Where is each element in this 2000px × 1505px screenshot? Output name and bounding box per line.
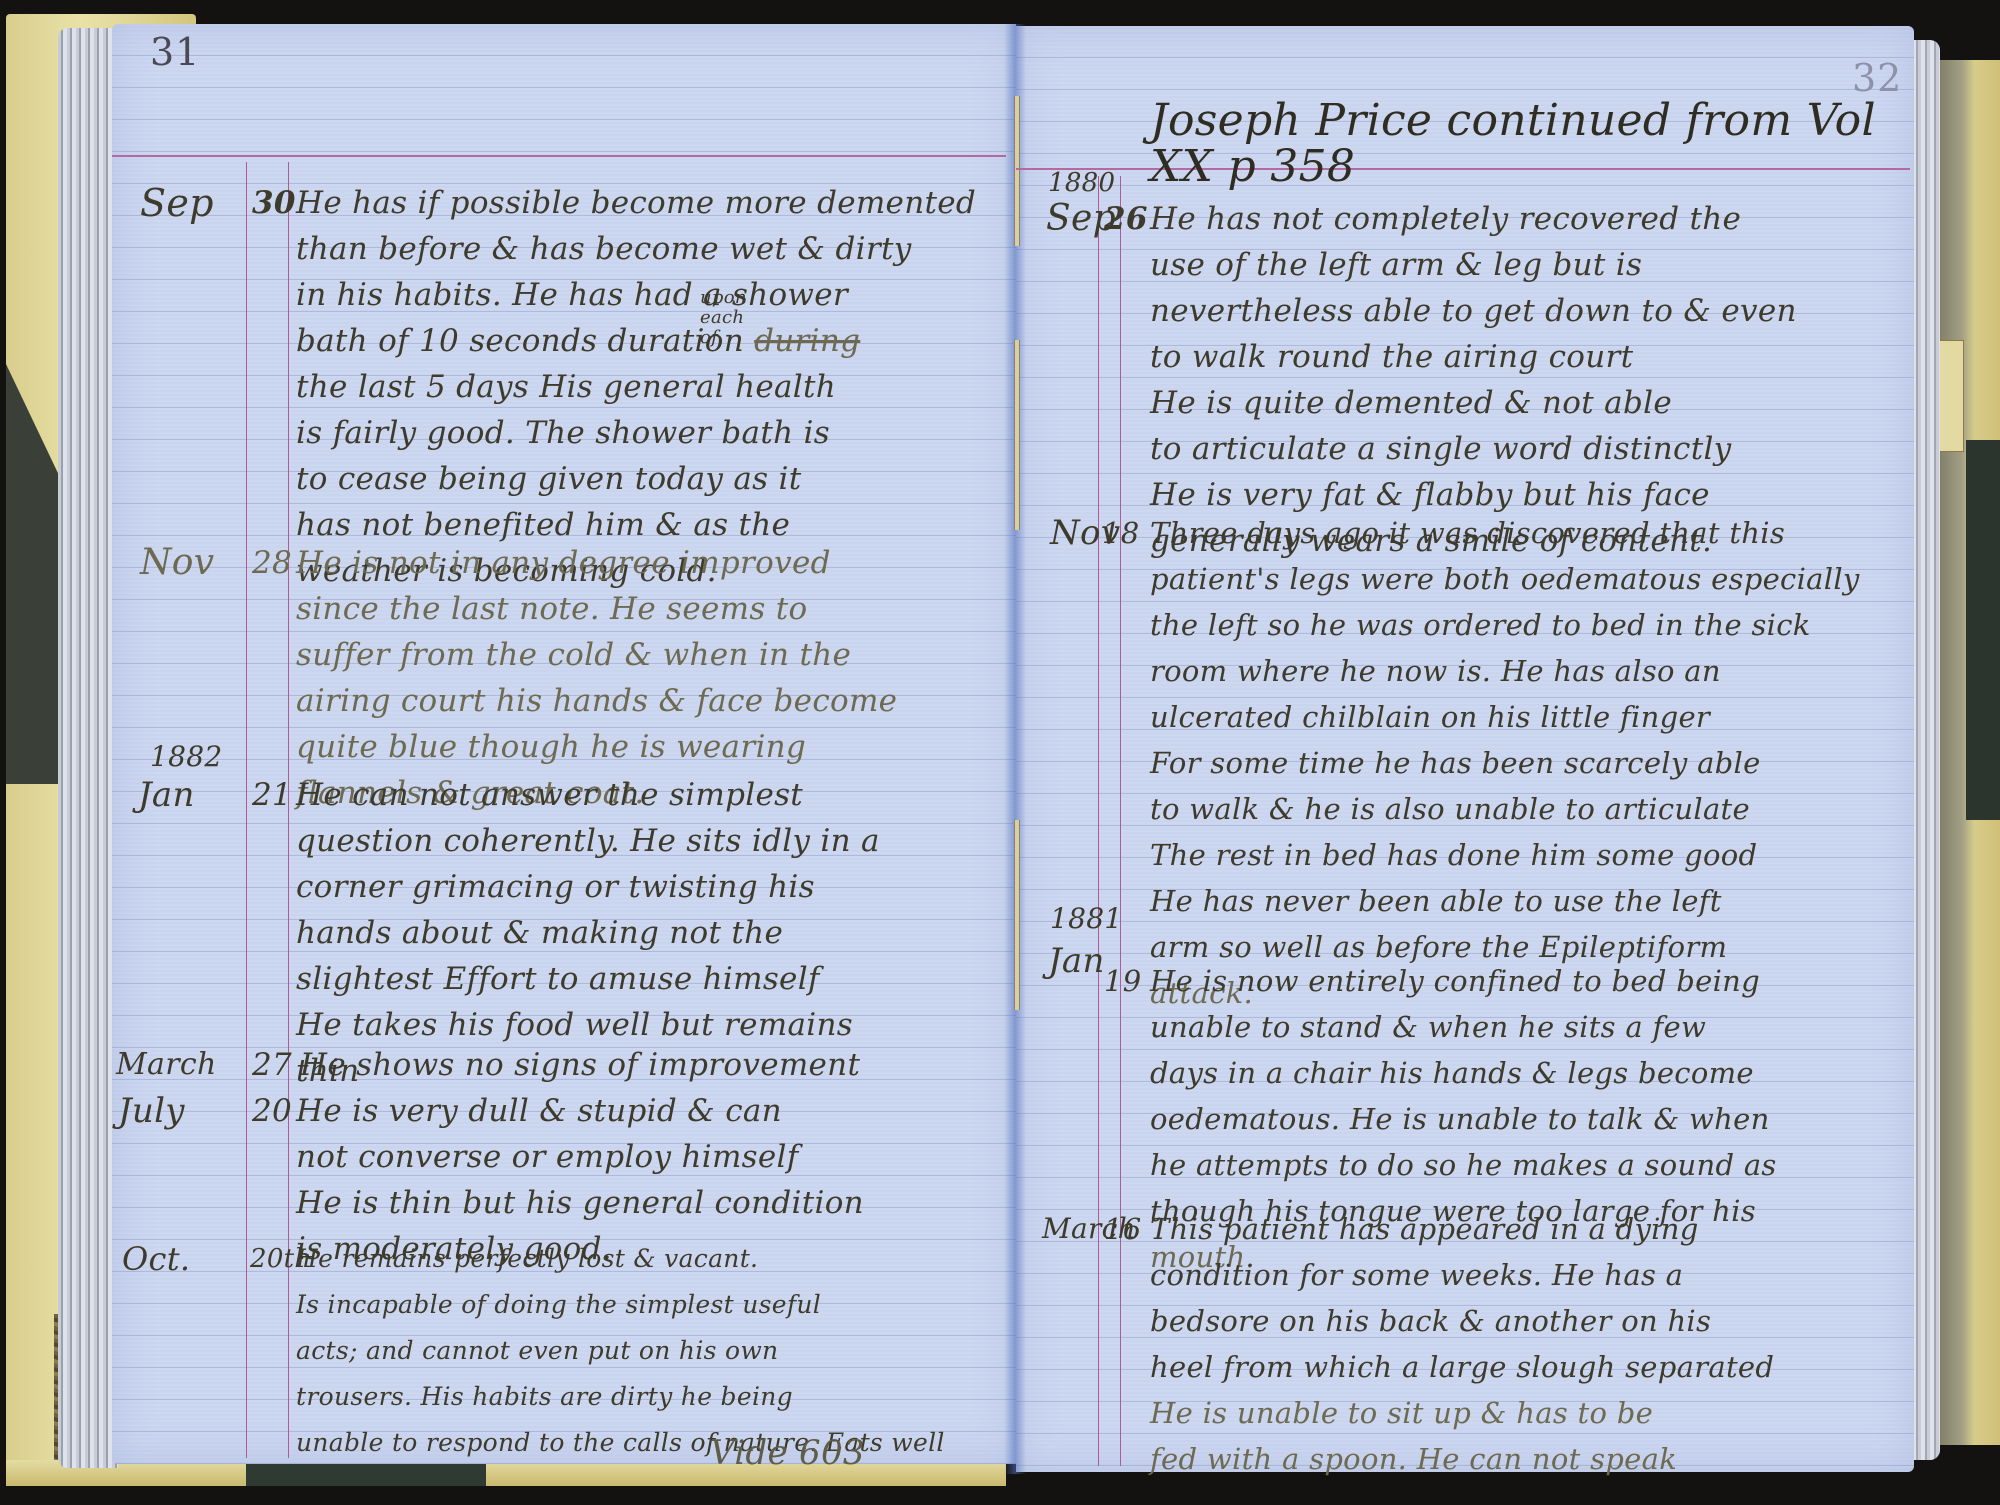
entry-body: This patient has appeared in a dying con… [1150,1206,1774,1482]
entry-line: use of the left arm & leg but is [1150,242,1797,288]
entry-line: in his habits. He has had a shower [296,272,976,318]
entry-line: For some time he has been scarcely able [1150,740,1860,786]
entry-line: acts; and cannot even put on his own [296,1328,945,1374]
page-tab-marker [1936,340,1964,452]
entry-month: Nov [140,540,250,586]
entry-day: 18 [1102,510,1152,556]
entry-year: 1881 [1050,896,1122,942]
entry-month: Oct. [122,1236,232,1282]
entry-line: He has if possible become more demented [296,180,976,226]
entry-line: nevertheless able to get down to & even [1150,288,1797,334]
entry-line: since the last note. He seems to [296,586,897,632]
page-number-left: 31 [150,30,200,74]
entry-line: condition for some weeks. He has a [1150,1252,1774,1298]
entry-line: patient's legs were both oedematous espe… [1150,556,1860,602]
entry-line: He shows no signs of improvement [300,1042,860,1088]
entry-day: 28 [252,540,302,586]
entry-line: fed with a spoon. He can not speak [1150,1436,1774,1482]
entry-line: question coherently. He sits idly in a [296,818,880,864]
entry-day: 27 [252,1042,302,1088]
entry-line: quite blue though he is wearing [296,724,897,770]
page-number-right: 32 [1852,56,1902,100]
entry-line: bath of 10 seconds duration during [296,318,976,364]
entry-day: 30 [252,180,302,226]
case-header: Joseph Price continued from Vol XX p 358 [1150,98,1910,190]
entry-body: He has not completely recovered the use … [1150,196,1797,564]
cover-cloth-patch [6,364,66,784]
entry-line: to cease being given today as it [296,456,976,502]
entry-line: unable to stand & when he sits a few [1150,1004,1777,1050]
entry-day: 20th [250,1236,300,1282]
entry-line: He is thin but his general condition [296,1180,864,1226]
struck-word: during [754,323,860,359]
entry-month: March [116,1042,226,1088]
right-cover [1936,60,2000,1445]
entry-line: He is very dull & stupid & can [296,1088,864,1134]
entry-day: 20 [252,1088,302,1134]
entry-day: 21 [252,772,302,818]
entry-line: Three days ago it was discovered that th… [1150,510,1860,556]
entry-line: bedsore on his back & another on his [1150,1298,1774,1344]
entry-line: not converse or employ himself [296,1134,864,1180]
entry-line: hands about & making not the [296,910,880,956]
interlinear-insert: upon each of [700,288,747,348]
entry-month: July [118,1088,228,1134]
entry-line: is fairly good. The shower bath is [296,410,976,456]
entry-line: This patient has appeared in a dying [1150,1206,1774,1252]
date-column-rule [1098,176,1099,1466]
entry-line: He has not completely recovered the [1150,196,1797,242]
entry-day: 26 [1104,196,1154,242]
entry-day: 19 [1104,958,1154,1004]
entry-line: slightest Effort to amuse himself [296,956,880,1002]
entry-line: to articulate a single word distinctly [1150,426,1797,472]
entry-body: He shows no signs of improvement [300,1042,860,1088]
right-page-stack [1912,40,1940,1460]
entry-line: room where he now is. He has also an [1150,648,1860,694]
entry-line: oedematous. He is unable to talk & when [1150,1096,1777,1142]
entry-line: ulcerated chilblain on his little finger [1150,694,1860,740]
entry-line: suffer from the cold & when in the [296,632,897,678]
entry-month: Sep [140,180,250,226]
entry-line: trousers. His habits are dirty he being [296,1374,945,1420]
entry-line: the last 5 days His general health [296,364,976,410]
left-page-stack [58,28,118,1468]
entry-month: Jan [138,772,248,818]
entry-line: He remains perfectly lost & vacant. [296,1236,945,1282]
entry-body: He has if possible become more demented … [296,180,976,594]
entry-line: heel from which a large slough separated [1150,1344,1774,1390]
entry-line: He can not answer the simplest [296,772,880,818]
cover-cloth-patch-right [1966,440,2000,820]
entry-line: corner grimacing or twisting his [296,864,880,910]
entry-line: He is not in any degree improved [296,540,897,586]
entry-body: Three days ago it was discovered that th… [1150,510,1860,1016]
entry-line: airing court his hands & face become [296,678,897,724]
binding-stitch [1014,820,1020,1010]
cross-reference-note: Vide 603 [710,1430,865,1476]
entry-line: He is quite demented & not able [1150,380,1797,426]
entry-line: He is unable to sit up & has to be [1150,1390,1774,1436]
entry-line: The rest in bed has done him some good [1150,832,1860,878]
entry-line: the left so he was ordered to bed in the… [1150,602,1860,648]
entry-line: than before & has become wet & dirty [296,226,976,272]
day-column-rule [1120,176,1121,1466]
entry-line: to walk round the airing court [1150,334,1797,380]
header-rule-left [112,155,1006,157]
binding-stitch [1014,96,1020,246]
binding-stitch [1014,340,1020,530]
entry-line: he attempts to do so he makes a sound as [1150,1142,1777,1188]
entry-line: He is now entirely confined to bed being [1150,958,1777,1004]
entry-day: 16 [1104,1206,1154,1252]
entry-line: He has never been able to use the left [1150,878,1860,924]
entry-line: Is incapable of doing the simplest usefu… [296,1282,945,1328]
entry-line: to walk & he is also unable to articulat… [1150,786,1860,832]
entry-line: days in a chair his hands & legs become [1150,1050,1777,1096]
